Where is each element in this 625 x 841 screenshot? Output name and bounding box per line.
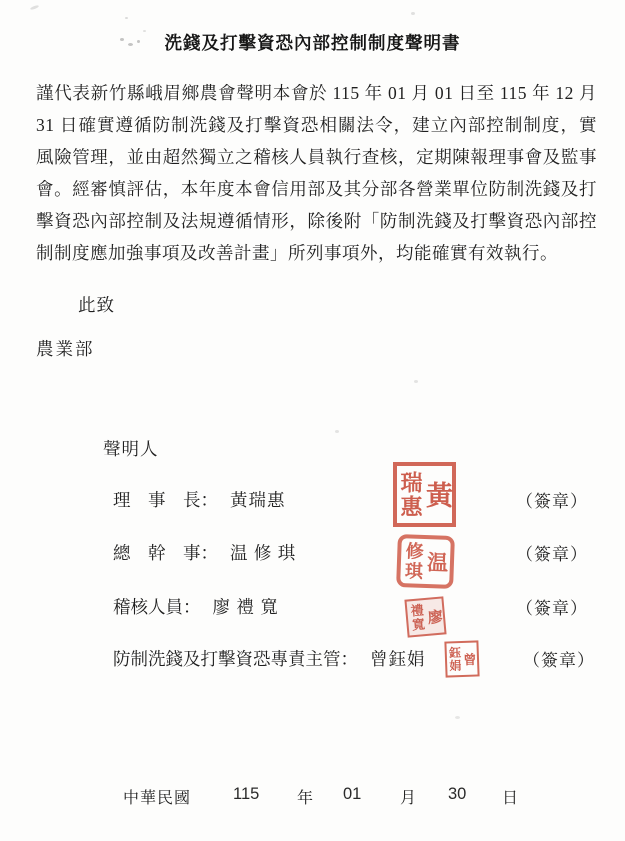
seal-text-left: 鈺娟 <box>448 646 461 672</box>
seal-text-right: 黃 <box>423 481 450 508</box>
scan-speckle <box>411 12 415 15</box>
signatory-name: 温 修 琪 <box>230 543 296 563</box>
body-line: 制制度應加強事項及改善計畫」所列事項外，均能確實有效執行。 <box>36 237 597 269</box>
scan-speckle <box>30 5 39 11</box>
body-paragraph: 謹代表新竹縣峨眉鄉農會聲明本會於 115 年 01 月 01 日至 115 年 … <box>36 77 597 269</box>
declarant-heading: 聲明人 <box>103 436 159 461</box>
body-line: 擊資恐內部控制及法規遵循情形，除後附「防制洗錢及打擊資恐內部控 <box>36 205 597 237</box>
scanned-document-page: 洗錢及打擊資恐內部控制制度聲明書 謹代表新竹縣峨眉鄉農會聲明本會於 115 年 … <box>0 0 625 841</box>
body-line: 會。經審慎評估，本年度本會信用部及其分部各營業單位防制洗錢及打 <box>36 173 597 205</box>
date-month-value: 01 <box>343 785 361 804</box>
signatory-row-aml-officer: 防制洗錢及打擊資恐專責主管：曾鈺娟 <box>113 646 426 671</box>
recipient: 農業部 <box>36 336 95 361</box>
seal-text-left: 瑞惠 <box>399 471 421 519</box>
date-month-unit: 月 <box>400 785 417 808</box>
general-manager-seal-stamp: 温 修琪 <box>396 534 455 589</box>
signatory-role: 理 事 長： <box>113 490 218 510</box>
signatory-name: 黃瑞惠 <box>230 490 286 510</box>
signatory-name: 廖 禮 寬 <box>213 597 279 617</box>
signatory-role: 防制洗錢及打擊資恐專責主管： <box>113 649 358 669</box>
seal-text-right: 廖 <box>425 608 441 624</box>
date-day-unit: 日 <box>502 785 519 808</box>
scan-speckle <box>335 430 339 433</box>
signatory-role: 總 幹 事： <box>113 543 218 563</box>
signatory-row-general-manager: 總 幹 事：温 修 琪 <box>113 540 296 565</box>
date-era: 中華民國 <box>123 785 191 808</box>
signature-note: （簽章） <box>523 646 595 671</box>
scan-speckle <box>414 380 418 383</box>
document-title: 洗錢及打擊資恐內部控制制度聲明書 <box>0 30 625 55</box>
seal-text-left: 禮寬 <box>409 603 424 632</box>
chairman-seal-stamp: 黃 瑞惠 <box>393 462 456 527</box>
signature-note: （簽章） <box>516 540 588 565</box>
signature-note: （簽章） <box>516 487 588 512</box>
seal-text-right: 温 <box>425 551 447 573</box>
scan-speckle <box>125 17 128 19</box>
seal-text-right: 曾 <box>462 652 475 665</box>
signatory-name: 曾鈺娟 <box>370 649 426 669</box>
signature-note: （簽章） <box>516 594 588 619</box>
signatory-row-chairman: 理 事 長：黃瑞惠 <box>113 487 286 512</box>
signatory-row-auditor: 稽核人員：廖 禮 寬 <box>113 594 279 619</box>
seal-text-left: 修琪 <box>404 541 423 582</box>
body-line: 謹代表新竹縣峨眉鄉農會聲明本會於 115 年 01 月 01 日至 115 年 … <box>36 77 597 109</box>
scan-speckle <box>455 716 460 719</box>
aml-officer-seal-stamp: 曾 鈺娟 <box>444 640 479 677</box>
date-line: 中華民國 115 年 01 月 30 日 <box>0 785 625 807</box>
signatory-role: 稽核人員： <box>113 597 201 617</box>
salutation: 此致 <box>78 292 115 317</box>
date-year-unit: 年 <box>297 785 314 808</box>
body-line: 31 日確實遵循防制洗錢及打擊資恐相關法令，建立內部控制制度，實施 <box>36 109 597 141</box>
body-line: 風險管理，並由超然獨立之稽核人員執行查核，定期陳報理事會及監事 <box>36 141 597 173</box>
date-year-value: 115 <box>233 785 259 804</box>
date-day-value: 30 <box>448 785 466 804</box>
auditor-seal-stamp: 廖 禮寬 <box>404 596 446 637</box>
